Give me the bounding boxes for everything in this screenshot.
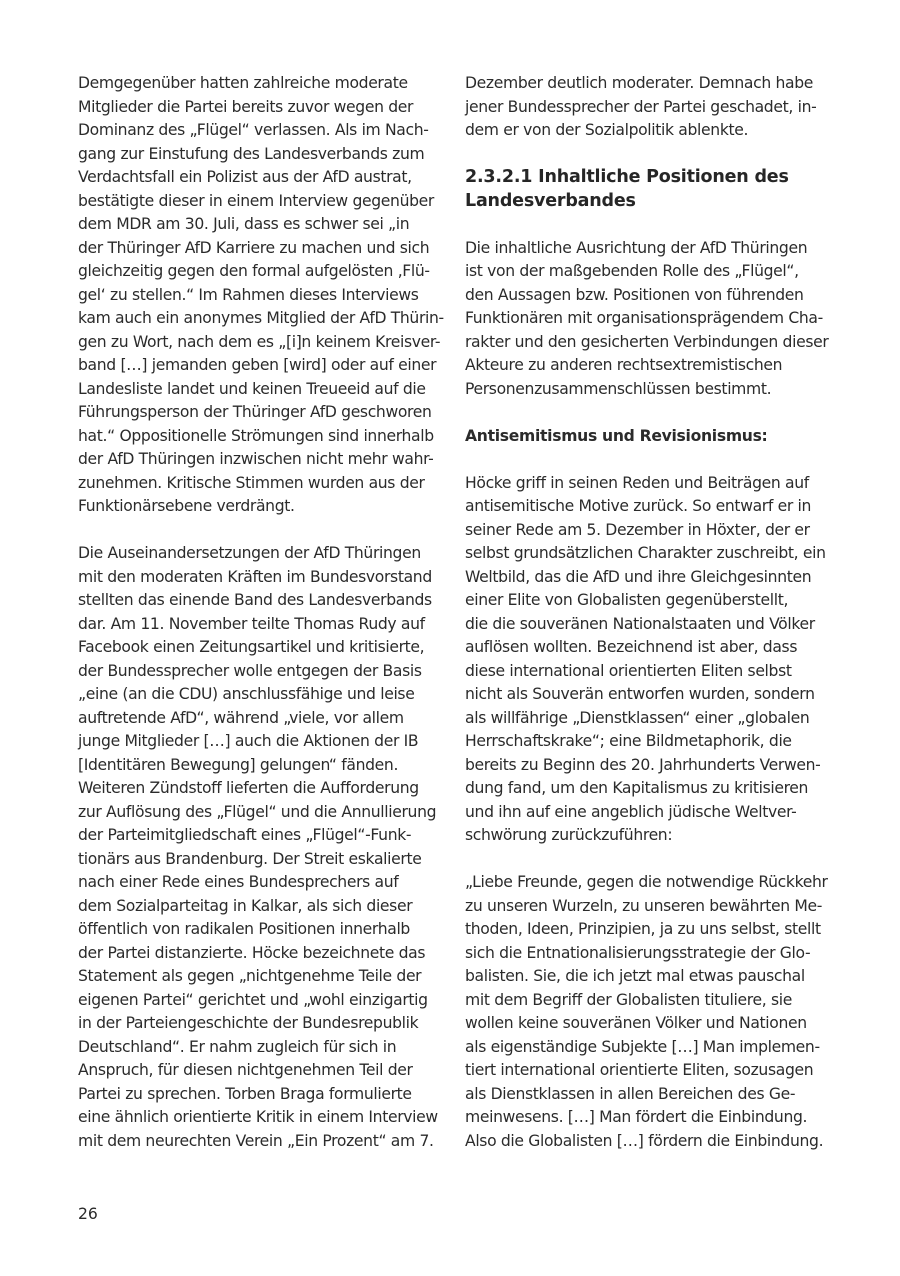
text-line: zur Auflösung des „Flügel“ und die Annul…	[78, 801, 438, 825]
text-line: als Dienstklassen in allen Bereichen des…	[465, 1083, 827, 1107]
text-line: auftretende AfD“, während „viele, vor al…	[78, 707, 438, 731]
text-line: schwörung zurückzuführen:	[465, 824, 827, 848]
text-line: kam auch ein anonymes Mitglied der AfD T…	[78, 307, 438, 331]
text-line: Landesliste landet und keinen Treueeid a…	[78, 378, 438, 402]
section-heading: 2.3.2.1 Inhaltliche Positionen des Lande…	[465, 166, 827, 213]
text-line: mit dem neurechten Verein „Ein Prozent“ …	[78, 1130, 438, 1154]
text-line: die die souveränen Nationalstaaten und V…	[465, 613, 827, 637]
text-line: hat.“ Oppositionelle Strömungen sind inn…	[78, 425, 438, 449]
text-line: „eine (an die CDU) anschlussfähige und l…	[78, 683, 438, 707]
text-line: antisemitische Motive zurück. So entwarf…	[465, 495, 827, 519]
text-line: Höcke griff in seinen Reden und Beiträge…	[465, 472, 827, 496]
text-line: dar. Am 11. November teilte Thomas Rudy …	[78, 613, 438, 637]
right-column: Dezember deutlich moderater. Demnach hab…	[465, 72, 827, 1153]
left-column: Demgegenüber hatten zahlreiche moderateM…	[78, 72, 438, 1153]
paragraph-disputes: Die Auseinandersetzungen der AfD Thüring…	[78, 542, 438, 1153]
text-line: Weiteren Zündstoff lieferten die Aufford…	[78, 777, 438, 801]
text-line: eine ähnlich orientierte Kritik in einem…	[78, 1106, 438, 1130]
text-line: Führungsperson der Thüringer AfD geschwo…	[78, 401, 438, 425]
text-line: seiner Rede am 5. Dezember in Höxter, de…	[465, 519, 827, 543]
text-line: gel‘ zu stellen.“ Im Rahmen dieses Inter…	[78, 284, 438, 308]
text-line: diese international orientierten Eliten …	[465, 660, 827, 684]
text-line: [Identitären Bewegung] gelungen“ fänden.	[78, 754, 438, 778]
text-line: bereits zu Beginn des 20. Jahrhunderts V…	[465, 754, 827, 778]
text-line: tionärs aus Brandenburg. Der Streit eska…	[78, 848, 438, 872]
text-line: zunehmen. Kritische Stimmen wurden aus d…	[78, 472, 438, 496]
text-line: einer Elite von Globalisten gegenüberste…	[465, 589, 827, 613]
text-line: Herrschaftskrake“; eine Bildmetaphorik, …	[465, 730, 827, 754]
text-line: der Partei distanzierte. Höcke bezeichne…	[78, 942, 438, 966]
text-line: Weltbild, das die AfD und ihre Gleichges…	[465, 566, 827, 590]
text-line: bestätigte dieser in einem Interview geg…	[78, 190, 438, 214]
paragraph-gap	[465, 143, 827, 167]
text-line: wollen keine souveränen Völker und Natio…	[465, 1012, 827, 1036]
text-line: Mitglieder die Partei bereits zuvor wege…	[78, 96, 438, 120]
text-line: öffentlich von radikalen Positionen inne…	[78, 918, 438, 942]
text-line: der Bundessprecher wolle entgegen der Ba…	[78, 660, 438, 684]
text-line: in der Parteiengeschichte der Bundesrepu…	[78, 1012, 438, 1036]
text-line: Facebook einen Zeitungsartikel und kriti…	[78, 636, 438, 660]
section-heading-line: Landesverbandes	[465, 190, 827, 214]
text-line: Anspruch, für diesen nichtgenehmen Teil …	[78, 1059, 438, 1083]
text-line: meinwesens. […] Man fördert die Einbindu…	[465, 1106, 827, 1130]
paragraph-gap	[465, 448, 827, 472]
page-number: 26	[78, 1205, 98, 1223]
text-line: und ihn auf eine angeblich jüdische Welt…	[465, 801, 827, 825]
text-line: rakter und den gesicherten Verbindungen …	[465, 331, 827, 355]
text-line: Funktionärsebene verdrängt.	[78, 495, 438, 519]
text-line: selbst grundsätzlichen Charakter zuschre…	[465, 542, 827, 566]
text-line: sich die Entnationalisierungsstrategie d…	[465, 942, 827, 966]
text-line: auflösen wollten. Bezeichnend ist aber, …	[465, 636, 827, 660]
text-line: Personenzusammenschlüssen bestimmt.	[465, 378, 827, 402]
text-line: thoden, Ideen, Prinzipien, ja zu uns sel…	[465, 918, 827, 942]
paragraph-gap	[465, 848, 827, 872]
text-line: dem MDR am 30. Juli, dass es schwer sei …	[78, 213, 438, 237]
paragraph-gap	[465, 401, 827, 425]
paragraph-continued: Dezember deutlich moderater. Demnach hab…	[465, 72, 827, 143]
text-line: Deutschland“. Er nahm zugleich für sich …	[78, 1036, 438, 1060]
text-line: Funktionären mit organisationsprägendem …	[465, 307, 827, 331]
text-line: eigenen Partei“ gerichtet und „wohl einz…	[78, 989, 438, 1013]
text-line: dung fand, um den Kapitalismus zu kritis…	[465, 777, 827, 801]
text-line: nach einer Rede eines Bundesprechers auf	[78, 871, 438, 895]
text-line: ist von der maßgebenden Rolle des „Flüge…	[465, 260, 827, 284]
text-line: jener Bundessprecher der Partei geschade…	[465, 96, 827, 120]
section-heading-line: 2.3.2.1 Inhaltliche Positionen des	[465, 166, 827, 190]
text-line: nicht als Souverän entworfen wurden, son…	[465, 683, 827, 707]
text-line: als willfährige „Dienstklassen“ einer „g…	[465, 707, 827, 731]
text-line: mit den moderaten Kräften im Bundesvorst…	[78, 566, 438, 590]
text-line: mit dem Begriff der Globalisten titulier…	[465, 989, 827, 1013]
paragraph-antisemitism: Höcke griff in seinen Reden und Beiträge…	[465, 472, 827, 848]
subheading-antisemitism: Antisemitismus und Revisionismus:	[465, 425, 827, 449]
text-line: dem Sozialparteitag in Kalkar, als sich …	[78, 895, 438, 919]
text-line: zu unseren Wurzeln, zu unseren bewährten…	[465, 895, 827, 919]
text-line: Akteure zu anderen rechtsextremistischen	[465, 354, 827, 378]
text-line: junge Mitglieder […] auch die Aktionen d…	[78, 730, 438, 754]
paragraph-gap	[78, 519, 438, 543]
text-line: gang zur Einstufung des Landesverbands z…	[78, 143, 438, 167]
text-line: Partei zu sprechen. Torben Braga formuli…	[78, 1083, 438, 1107]
paragraph-moderate-members: Demgegenüber hatten zahlreiche moderateM…	[78, 72, 438, 519]
text-line: gen zu Wort, nach dem es „[i]n keinem Kr…	[78, 331, 438, 355]
text-line: Statement als gegen „nichtgenehme Teile …	[78, 965, 438, 989]
text-line: stellten das einende Band des Landesverb…	[78, 589, 438, 613]
text-line: der Parteimitgliedschaft eines „Flügel“-…	[78, 824, 438, 848]
paragraph-gap	[465, 213, 827, 237]
text-line: band […] jemanden geben [wird] oder auf …	[78, 354, 438, 378]
text-line: den Aussagen bzw. Positionen von führend…	[465, 284, 827, 308]
text-line: Demgegenüber hatten zahlreiche moderate	[78, 72, 438, 96]
text-line: balisten. Sie, die ich jetzt mal etwas p…	[465, 965, 827, 989]
paragraph-intro: Die inhaltliche Ausrichtung der AfD Thür…	[465, 237, 827, 402]
text-line: Die Auseinandersetzungen der AfD Thüring…	[78, 542, 438, 566]
text-line: der Thüringer AfD Karriere zu machen und…	[78, 237, 438, 261]
text-line: „Liebe Freunde, gegen die notwendige Rüc…	[465, 871, 827, 895]
text-line: gleichzeitig gegen den formal aufgelöste…	[78, 260, 438, 284]
text-line: als eigenständige Subjekte […] Man imple…	[465, 1036, 827, 1060]
quote-block: „Liebe Freunde, gegen die notwendige Rüc…	[465, 871, 827, 1153]
text-line: Also die Globalisten […] fördern die Ein…	[465, 1130, 827, 1154]
text-line: Die inhaltliche Ausrichtung der AfD Thür…	[465, 237, 827, 261]
text-line: Verdachtsfall ein Polizist aus der AfD a…	[78, 166, 438, 190]
text-line: dem er von der Sozialpolitik ablenkte.	[465, 119, 827, 143]
text-line: Dezember deutlich moderater. Demnach hab…	[465, 72, 827, 96]
text-line: tiert international orientierte Eliten, …	[465, 1059, 827, 1083]
text-line: Dominanz des „Flügel“ verlassen. Als im …	[78, 119, 438, 143]
text-line: der AfD Thüringen inzwischen nicht mehr …	[78, 448, 438, 472]
